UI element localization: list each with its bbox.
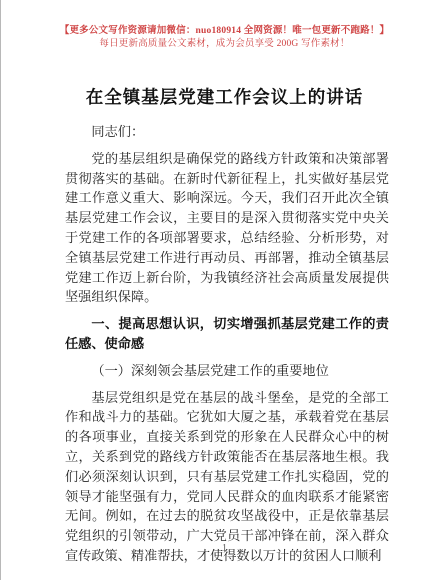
watermark-ad: 【更多公文写作资源请加微信：nuo180914 全网资源！唯一包更新不跑路！】 … [1, 0, 448, 51]
document-title: 在全镇基层党建工作会议上的讲话 [1, 84, 448, 109]
document-body: 同志们： 党的基层组织是确保党的路线方针政策和决策部署贯彻落实的基础。在新时代新… [65, 122, 389, 566]
section-heading-1: 一、提高思想认识，切实增强抓基层党建工作的责任感、使命感 [65, 314, 389, 354]
watermark-ad-line1: 【更多公文写作资源请加微信：nuo180914 全网资源！唯一包更新不跑路！】 [1, 25, 448, 38]
paragraph-intro: 党的基层组织是确保党的路线方针政策和决策部署贯彻落实的基础。在新时代新征程上，扎… [65, 149, 389, 307]
subsection-heading-1-1: （一）深刻领会基层党建工作的重要地位 [65, 361, 389, 381]
salutation: 同志们： [65, 122, 389, 142]
paragraph-body: 基层党组织是党在基层的战斗堡垒，是党的全部工作和战斗力的基础。它犹如大厦之基，承… [65, 388, 389, 566]
document-page: 【更多公文写作资源请加微信：nuo180914 全网资源！唯一包更新不跑路！】 … [0, 0, 448, 580]
page-number: 1 [1, 543, 448, 554]
watermark-ad-line2: 每日更新高质量公文素材，成为会员享受 200G 写作素材！ [1, 38, 448, 51]
